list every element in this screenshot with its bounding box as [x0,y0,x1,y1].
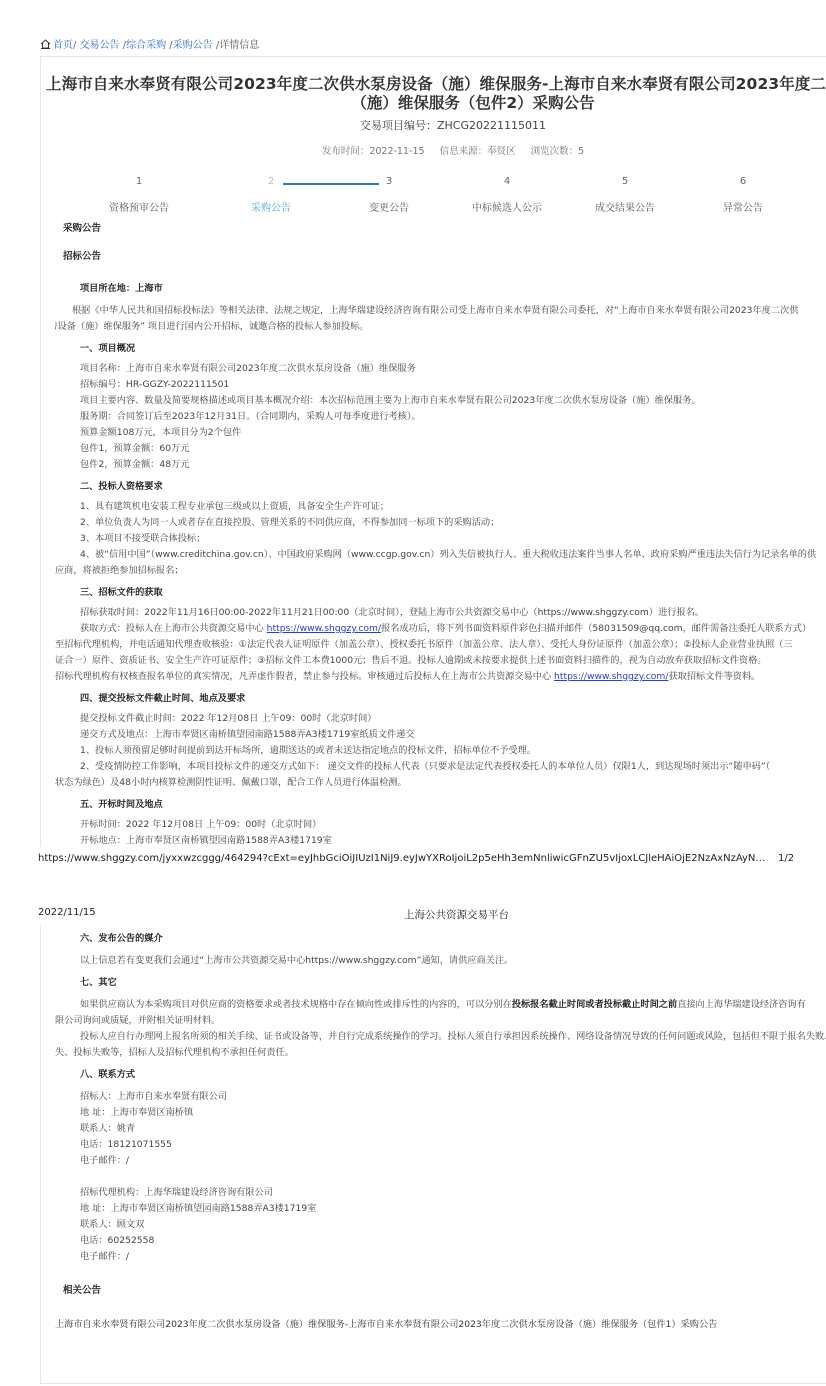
section-heading-procurement: 采购公告 [63,221,826,237]
step-procurement[interactable]: 2采购公告 [212,176,330,214]
s5-line: 开标地点：上海市奉贤区南桥镇望园南路1588弄A3楼1719室 [55,833,826,849]
agency-line: 地 址：上海市奉贤区南桥镇望园南路1588弄A3楼1719室 [55,1201,826,1217]
step-change[interactable]: 3变更公告 [330,176,448,214]
s4-line: 2、受疫情防控工作影响，本项目投标文件的递交方式如下： 递交文件的投标人代表（只… [55,759,826,775]
tenderer-line: 联系人：姚青 [55,1121,826,1137]
notice-body: 项目所在地：上海市 根据《中华人民共和国招标投标法》等相关法律、法规之规定，上海… [55,281,826,849]
notice-body-2: 六、发布公告的媒介 以上信息若有变更我们会通过“上海市公共资源交易中心https… [55,931,826,1333]
breadcrumb-procurement-notice[interactable]: 采购公告 [173,40,213,51]
breadcrumb-trade-notice[interactable]: 交易公告 [80,40,120,51]
s1-line: 服务期：合同签订后至2023年12月31日。（合同期内，采购人可每季度进行考核）… [55,409,826,425]
s4-line: 1、投标人须预留足够时间提前到达开标场所，逾期送达的或者未送达指定地点的投标文件… [55,743,826,759]
s1-line: 预算金额108万元，本项目分为2个包件 [55,425,826,441]
print-header-site: 上海公共资源交易平台 [404,907,509,922]
agency-line: 联系人：顾文双 [55,1217,826,1233]
s6-line: 以上信息若有变更我们会通过“上海市公共资源交易中心https://www.shg… [55,953,826,969]
section-2-title: 二、投标人资格要求 [55,479,826,495]
breadcrumb-current: 详情信息 [219,40,259,51]
s1-line: 项目主要内容、数量及简要规格描述或项目基本概况介绍：本次招标范围主要为上海市自来… [55,393,826,409]
print-header-date: 2022/11/15 [38,907,96,918]
s7-p1: 如果供应商认为本采购项目对供应商的资格要求或者技术规格中存在倾向性或排斥性的内容… [55,997,826,1013]
s7-p1-cont: 限公司询问或质疑，并附相关证明材料。 [55,1013,826,1029]
s1-line: 包件1，预算金额：60万元 [55,441,826,457]
s2-line-cont: 应商，将被拒绝参加招标报名； [55,563,826,579]
agency-line: 电子邮件：/ [55,1249,826,1265]
s4-line: 递交方式及地点：上海市奉贤区南桥镇望园南路1588弄A3楼1719室纸质文件递交 [55,727,826,743]
tenderer-line: 地 址：上海市奉贤区南桥镇 [55,1105,826,1121]
intro-text-cont: 水泵房设备（施）维保服务” 项目进行国内公开招标，诚邀合格的投标人参加投标。 [55,319,826,335]
info-source: 信息来源：奉贤区 [440,146,516,157]
s3-method-l2: 至招标代理机构，并电话通知代理查收核验：①法定代表人证明原件（加盖公章）、授权委… [55,637,826,653]
related-notice-link[interactable]: 上海市自来水奉贤有限公司2023年度二次供水泵房设备（施）维保服务-上海市自来水… [55,1317,826,1333]
breadcrumb: 首页/ 交易公告 /综合采购 /采购公告 /详情信息 [40,36,259,51]
print-footer-url: https://www.shggzy.com/jyxxwzcggg/464294… [38,853,768,864]
s2-line: 1、具有建筑机电安装工程专业承包三级或以上资质，具备安全生产许可证； [55,499,826,515]
s1-line: 包件2，预算金额：48万元 [55,457,826,473]
related-notices-title: 相关公告 [55,1283,826,1299]
print-page-2: 2022/11/15 上海公共资源交易平台 六、发布公告的媒介 以上信息若有变更… [0,895,826,1386]
breadcrumb-home[interactable]: 首页 [53,40,73,51]
project-location: 项目所在地：上海市 [55,281,826,297]
tenderer-line: 招标人：上海市自来水奉贤有限公司 [55,1089,826,1105]
s3-method: 获取方式：投标人在上海市公共资源交易中心 https://www.shggzy.… [55,621,826,637]
step-candidate[interactable]: 4中标候选人公示 [448,176,566,214]
print-page-1: 首页/ 交易公告 /综合采购 /采购公告 /详情信息 上海市自来水奉贤有限公司2… [0,0,826,880]
section-5-title: 五、开标时间及地点 [55,797,826,813]
s3-time: 招标获取时间：2022年11月16日00:00-2022年11月21日00:00… [55,605,826,621]
s2-line: 2、单位负责人为同一人或者存在直接控股、管理关系的不同供应商，不得参加同一标项下… [55,515,826,531]
shggzy-link-2[interactable]: https://www.shggzy.com/ [554,671,668,682]
meta-info: 发布时间：2022-11-15 信息来源：奉贤区 浏览次数：5 [0,143,826,157]
process-steps: 1资格预审公告 2采购公告 3变更公告 4中标候选人公示 5成交结果公告 6异常… [80,176,800,216]
tenderer-line: 电话：18121071555 [55,1137,826,1153]
print-footer-page: 1/2 [778,853,794,864]
publish-time: 发布时间：2022-11-15 [322,146,425,157]
tenderer-line: 电子邮件：/ [55,1153,826,1169]
section-1-title: 一、项目概况 [55,341,826,357]
s4-line-cont: 状态为绿色）及48小时内核算检测阴性证明、佩戴口罩，配合工作人员进行体温检测。 [55,775,826,791]
step-result[interactable]: 5成交结果公告 [566,176,684,214]
notice-content: 采购公告 招标公告 [63,221,826,277]
home-icon[interactable] [40,39,51,49]
project-number: 交易项目编号：ZHCG20221115011 [0,117,826,133]
section-4-title: 四、提交投标文件截止时间、地点及要求 [55,691,826,707]
step-prequalification[interactable]: 1资格预审公告 [80,176,198,214]
s2-line: 3、本项目不接受联合体投标； [55,531,826,547]
s3-method-l4: 招标代理机构有权核查报名单位的真实情况，凡弄虚作假者，禁止参与投标。审核通过后投… [55,669,826,685]
s2-line: 4、被“信用中国”（www.creditchina.gov.cn）、中国政府采购… [55,547,826,563]
s3-method-l3: 证合一）原件、资质证书、安全生产许可证原件；③招标文件工本费1000元；售后不退… [55,653,826,669]
view-count: 浏览次数：5 [531,146,585,157]
breadcrumb-general-procurement[interactable]: 综合采购 [126,40,166,51]
agency-line: 招标代理机构：上海华瑞建设经济咨询有限公司 [55,1185,826,1201]
s5-line: 开标时间：2022 年12月08日 上午09：00时（北京时间） [55,817,826,833]
page-title-line2: （施）维保服务（包件2）采购公告 [0,91,826,113]
s7-p2-cont: 失、投标失败等，招标人及招标代理机构不承担任何责任。 [55,1045,826,1061]
s4-line: 提交投标文件截止时间：2022 年12月08日 上午09：00时（北京时间） [55,711,826,727]
section-3-title: 三、招标文件的获取 [55,585,826,601]
section-8-title: 八、联系方式 [55,1067,826,1083]
intro-text: 根据《中华人民共和国招标投标法》等相关法律、法规之规定，上海华瑞建设经济咨询有限… [55,303,818,319]
section-heading-tender: 招标公告 [63,249,826,265]
shggzy-link[interactable]: https://www.shggzy.com/ [267,623,381,634]
step-exception[interactable]: 6异常公告 [684,176,802,214]
agency-line: 电话：60252558 [55,1233,826,1249]
section-7-title: 七、其它 [55,975,826,991]
section-6-title: 六、发布公告的媒介 [55,931,826,947]
s7-p2: 投标人应自行办理网上报名所须的相关手续、证书或设备等，并自行完成系统操作的学习。… [55,1029,826,1045]
s1-line: 项目名称：上海市自来水奉贤有限公司2023年度二次供水泵房设备（施）维保服务 [55,361,826,377]
s1-line: 招标编号：HR-GGZY-2022111501 [55,377,826,393]
